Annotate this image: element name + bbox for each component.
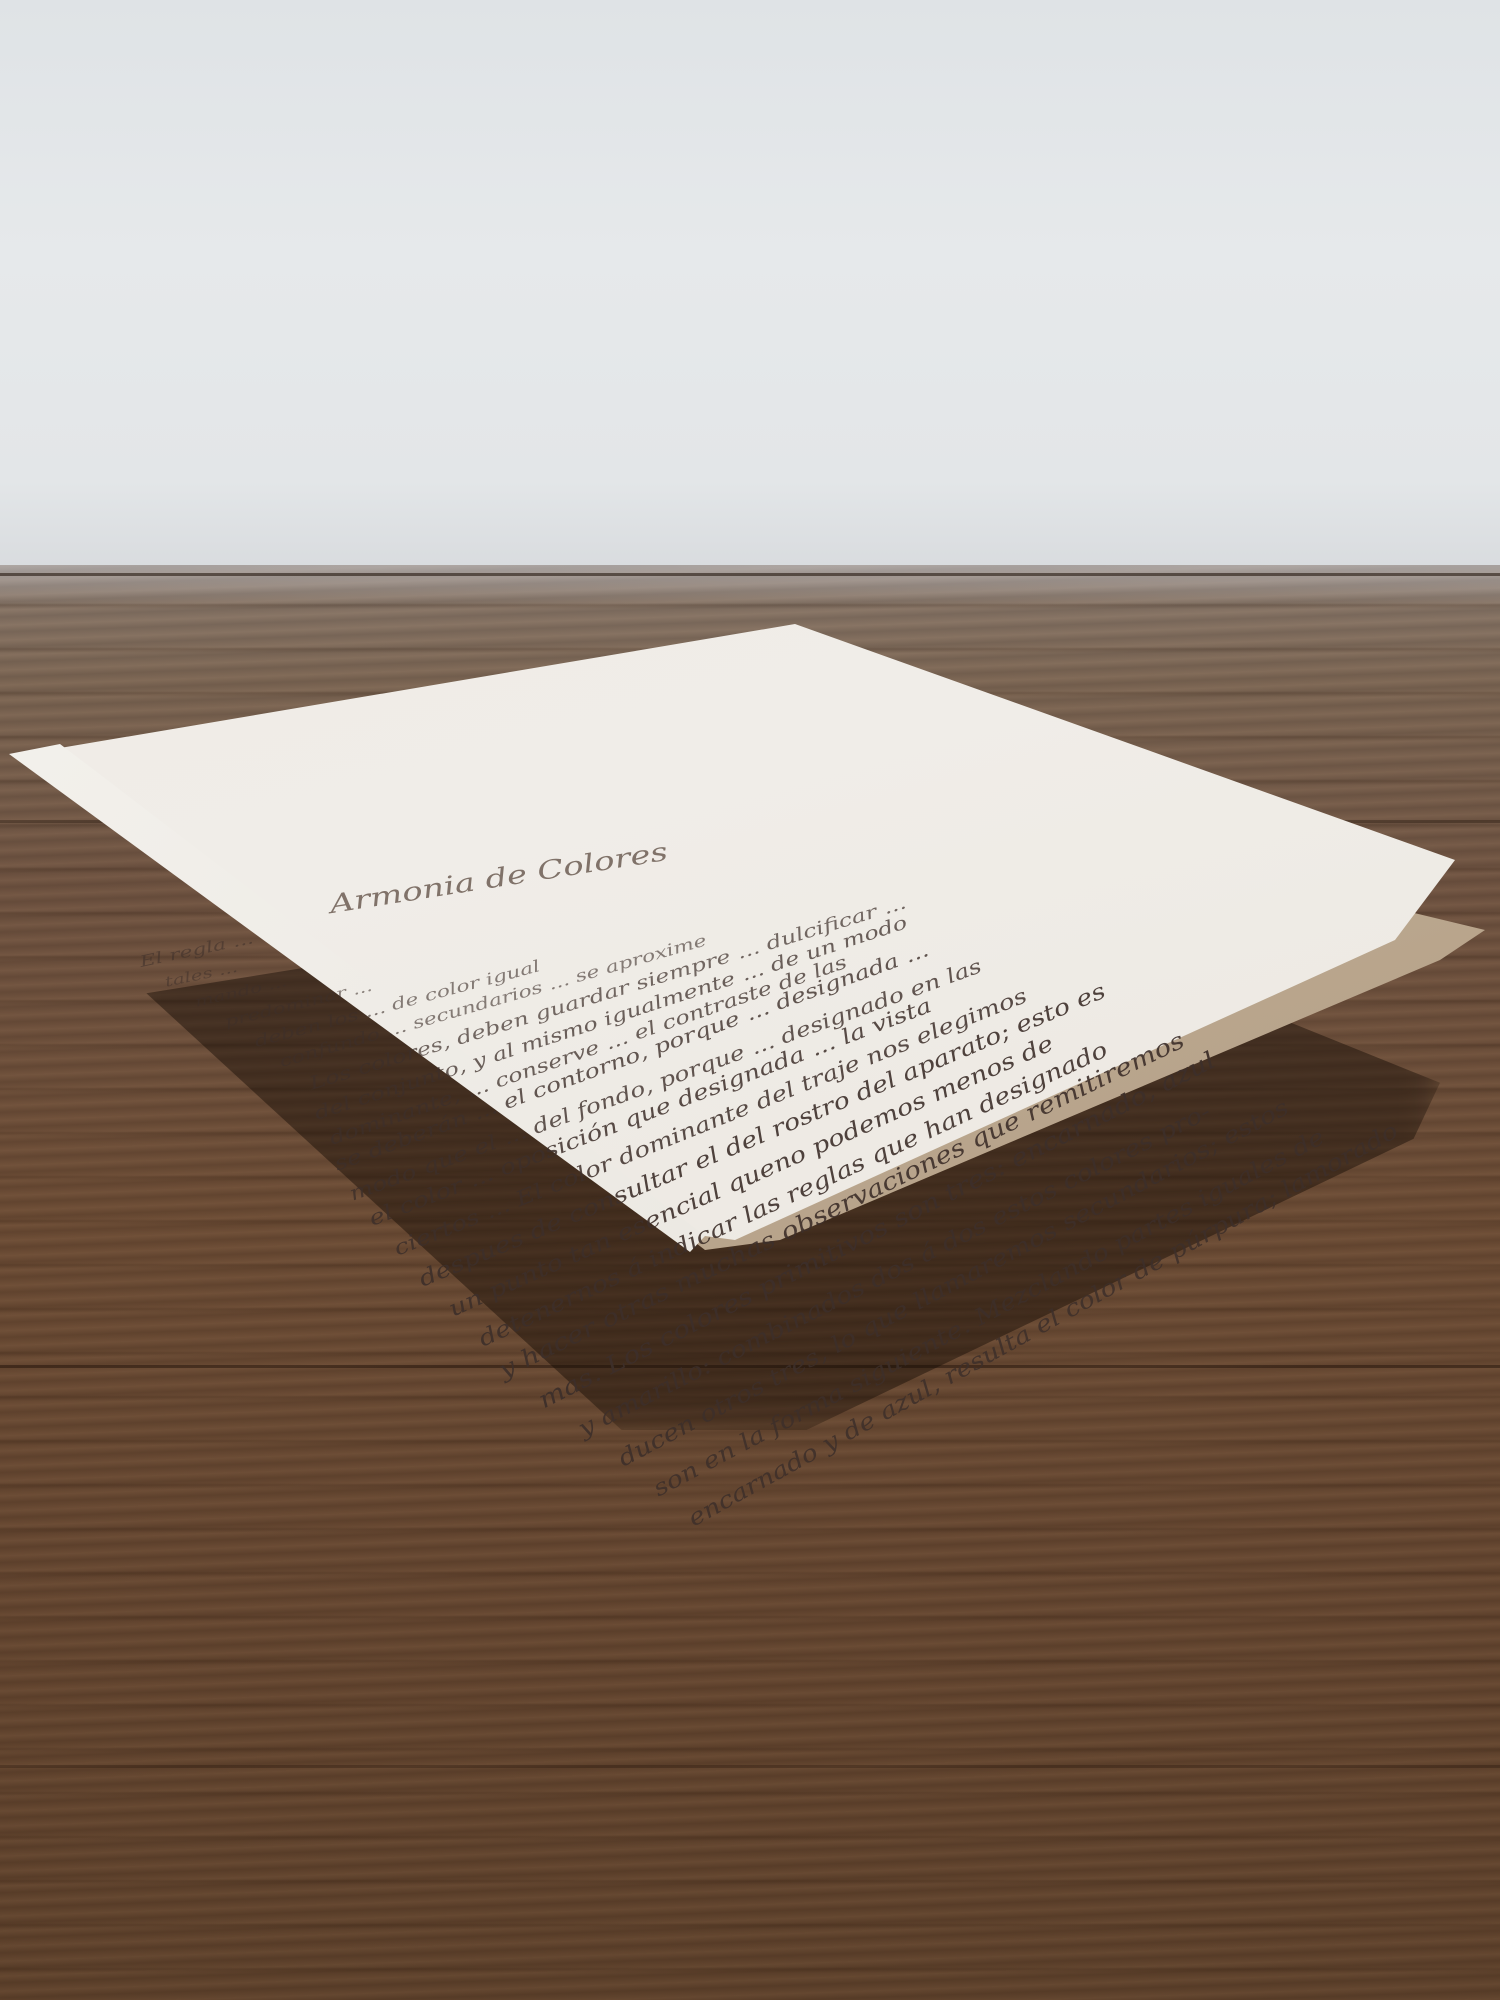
manuscript [0, 0, 1500, 2000]
